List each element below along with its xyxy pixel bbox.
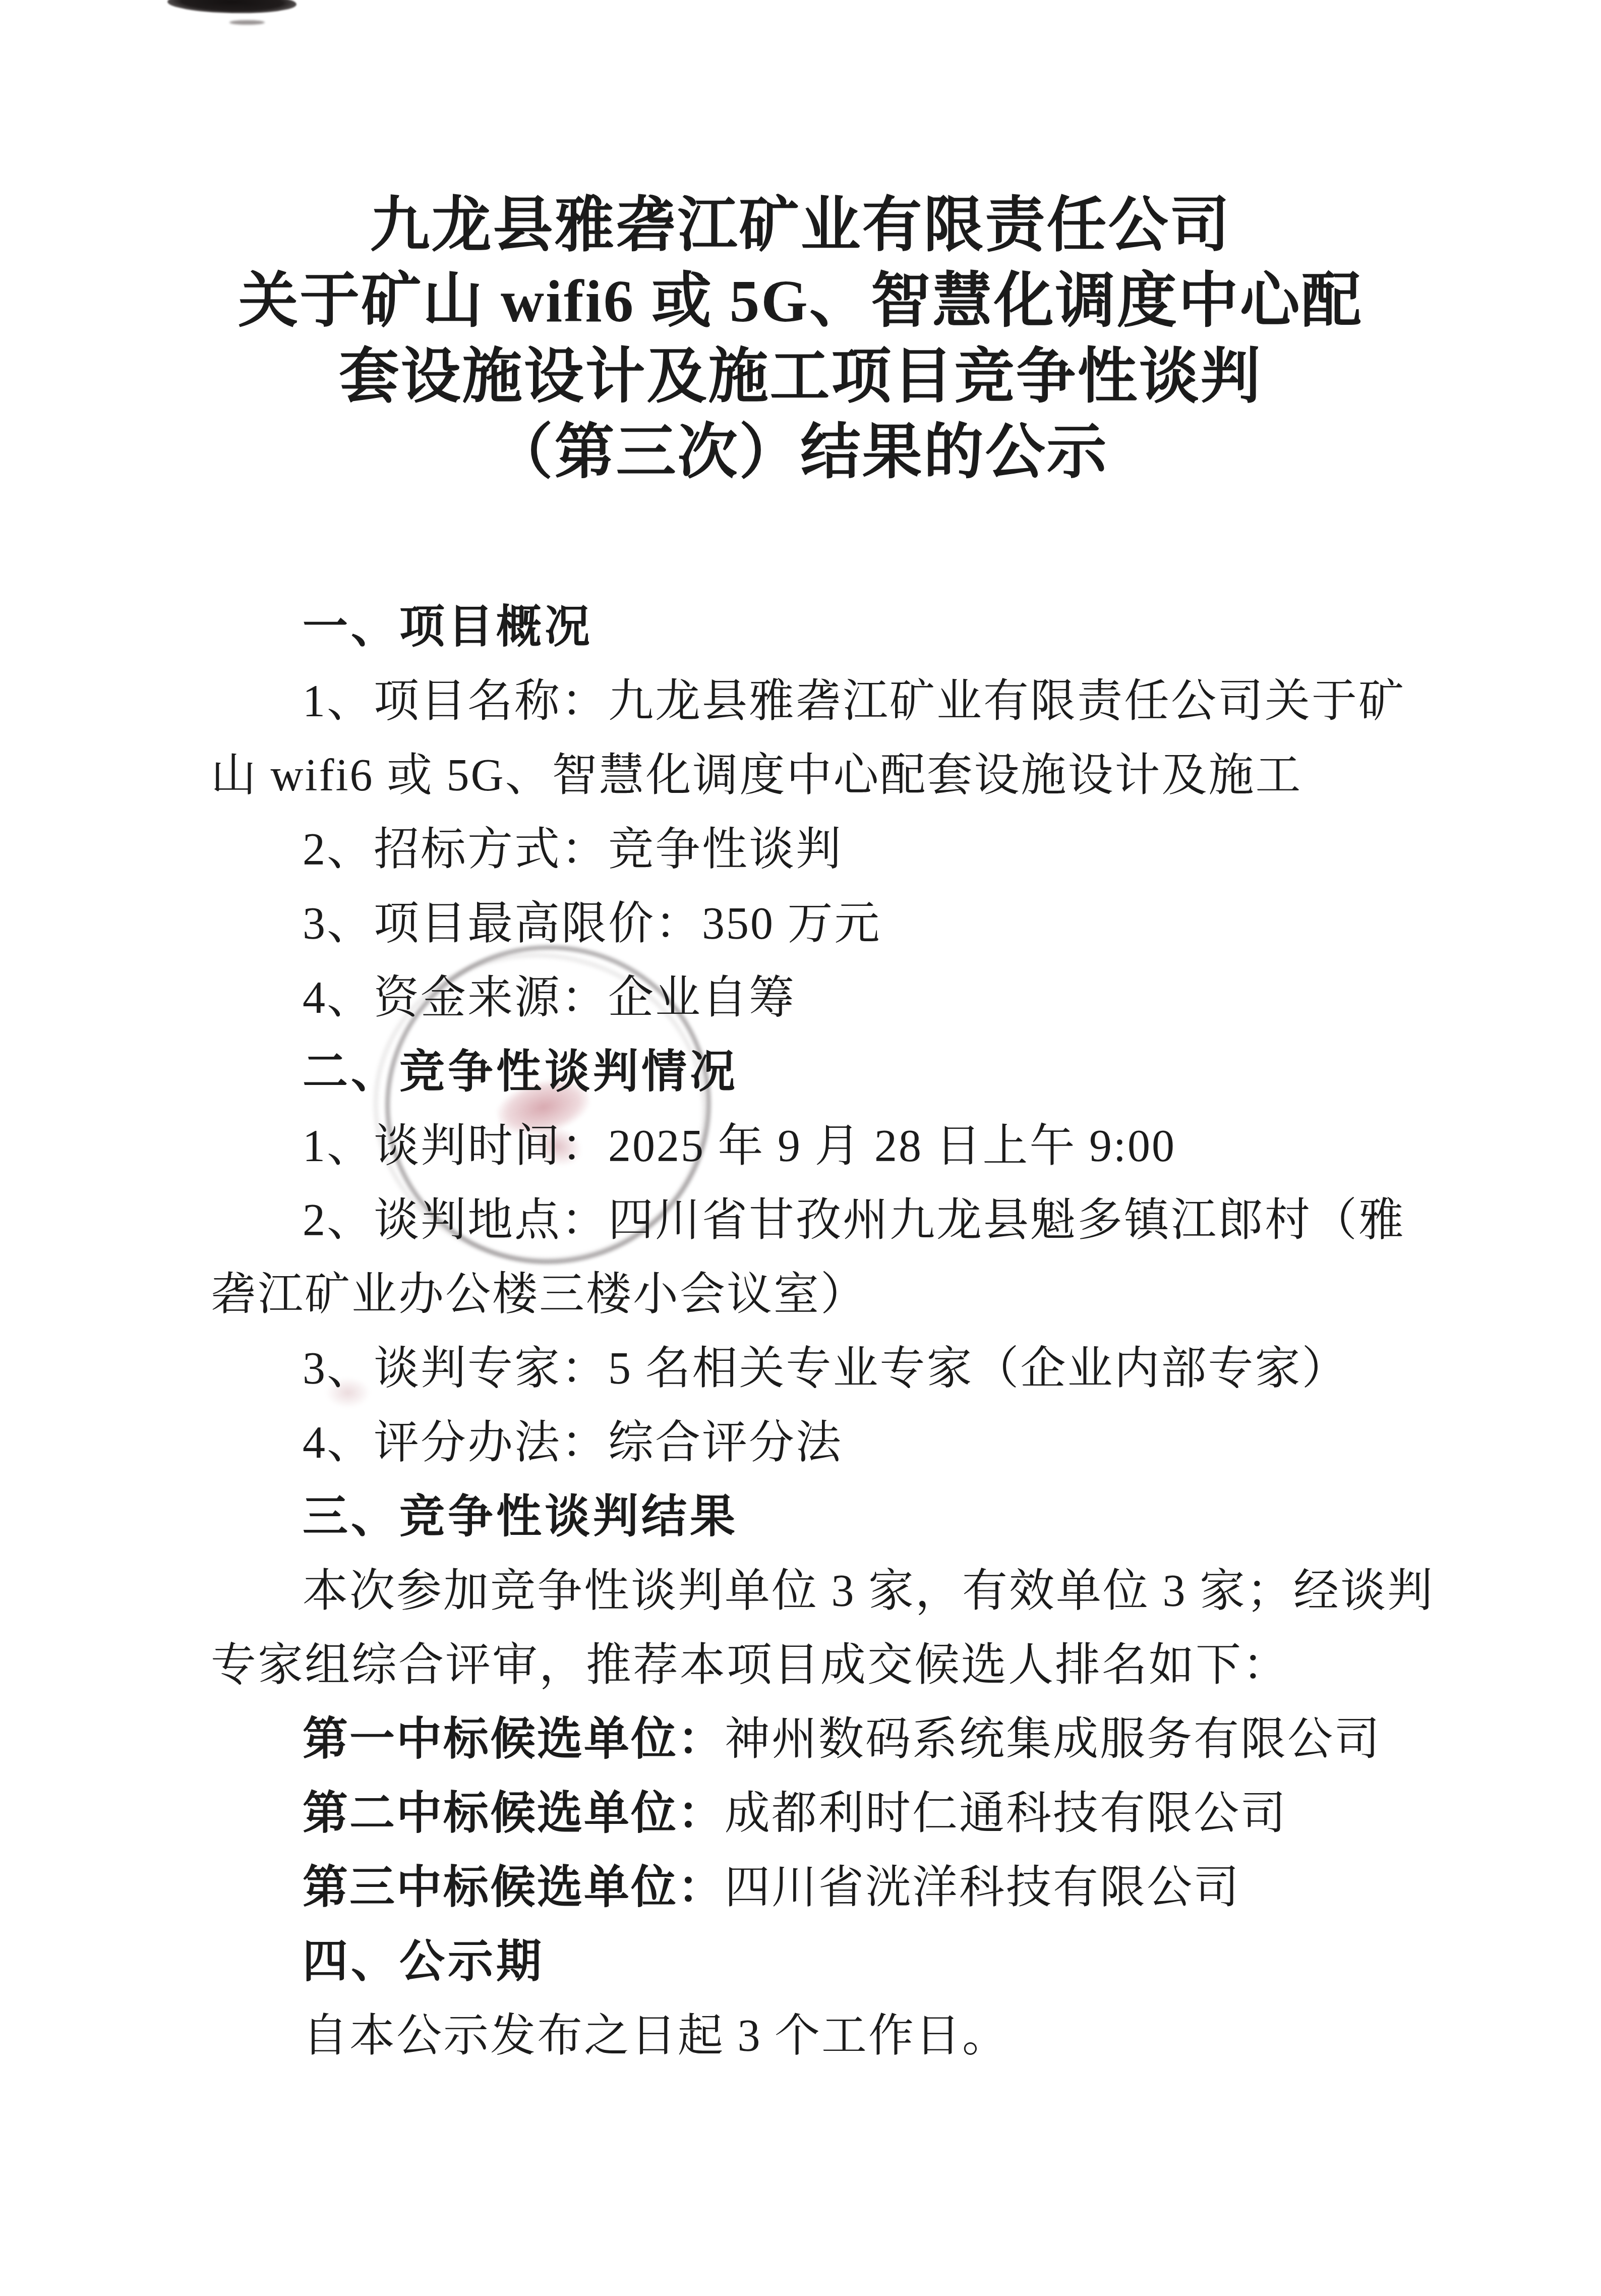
section-heading-negotiation-info: 二、竞争性谈判情况 [211,1035,1431,1109]
candidate-3-company-name: 四川省洸洋科技有限公司 [725,1863,1240,1913]
candidate-1-company-name: 神州数码系统集成服务有限公司 [725,1714,1381,1764]
title-line-2: 关于矿山 wifi6 或 5G、智慧化调度中心配 [0,263,1601,339]
body-line-scoring-method: 4、评分办法：综合评分法 [211,1406,1431,1480]
section-heading-negotiation-result: 三、竞争性谈判结果 [211,1480,1431,1554]
body-line-result-summary-cont: 专家组综合评审，推荐本项目成交候选人排名如下： [211,1628,1431,1702]
scanned-document-page: 九龙县雅砻江矿业有限责任公司 关于矿山 wifi6 或 5G、智慧化调度中心配 … [0,0,1601,2296]
candidate-2-rank-label: 第二中标候选单位： [303,1789,725,1839]
title-line-3: 套设施设计及施工项目竞争性谈判 [0,339,1601,415]
body-line-bid-method: 2、招标方式：竞争性谈判 [211,813,1431,887]
scan-smudge-artifact [167,0,297,15]
body-line-negotiation-time: 1、谈判时间：2025 年 9 月 28 日上午 9:00 [211,1109,1431,1183]
body-line-negotiation-place: 2、谈判地点：四川省甘孜州九龙县魁多镇江郎村（雅 [211,1183,1431,1257]
candidate-1-rank-label: 第一中标候选单位： [303,1714,725,1764]
scan-speck-artifact [229,20,265,25]
section-heading-project-overview: 一、项目概况 [211,590,1431,664]
body-line-publicity-duration: 自本公示发布之日起 3 个工作日。 [211,1999,1431,2073]
title-line-1: 九龙县雅砻江矿业有限责任公司 [0,188,1601,263]
body-line-project-name-cont: 山 wifi6 或 5G、智慧化调度中心配套设施设计及施工 [211,738,1431,813]
candidate-line-1: 第一中标候选单位：神州数码系统集成服务有限公司 [211,1702,1431,1776]
body-line-project-name: 1、项目名称：九龙县雅砻江矿业有限责任公司关于矿 [211,664,1431,738]
section-heading-publicity-period: 四、公示期 [211,1925,1431,1999]
body-line-result-summary: 本次参加竞争性谈判单位 3 家，有效单位 3 家；经谈判 [211,1554,1431,1628]
candidate-line-2: 第二中标候选单位：成都利时仁通科技有限公司 [211,1776,1431,1851]
document-body: 一、项目概况 1、项目名称：九龙县雅砻江矿业有限责任公司关于矿 山 wifi6 … [211,590,1431,2073]
candidate-3-rank-label: 第三中标候选单位： [303,1863,725,1913]
body-line-price-limit: 3、项目最高限价：350 万元 [211,887,1431,961]
candidate-2-company-name: 成都利时仁通科技有限公司 [725,1789,1287,1839]
body-line-experts: 3、谈判专家：5 名相关专业专家（企业内部专家） [211,1332,1431,1406]
body-line-negotiation-place-cont: 砻江矿业办公楼三楼小会议室） [211,1257,1431,1332]
title-line-4: （第三次）结果的公示 [0,415,1601,490]
body-line-funding-source: 4、资金来源：企业自筹 [211,961,1431,1035]
document-title: 九龙县雅砻江矿业有限责任公司 关于矿山 wifi6 或 5G、智慧化调度中心配 … [0,188,1601,490]
candidate-line-3: 第三中标候选单位：四川省洸洋科技有限公司 [211,1851,1431,1925]
